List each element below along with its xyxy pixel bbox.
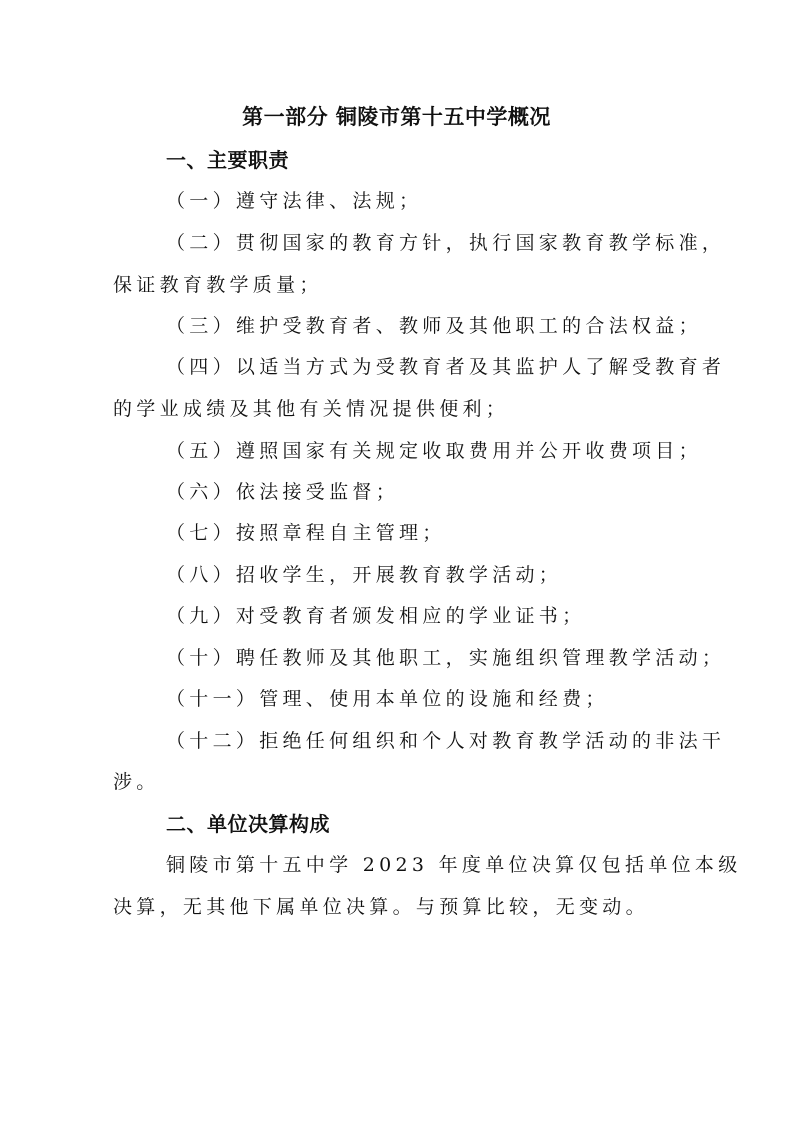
duty-item-10: （十）聘任教师及其他职工，实施组织管理教学活动； xyxy=(166,643,725,673)
duty-item-8: （八）招收学生，开展教育教学活动； xyxy=(166,560,562,590)
page-title: 第一部分 铜陵市第十五中学概况 xyxy=(0,102,793,132)
duty-item-12: （十二）拒绝任何组织和个人对教育教学活动的非法干 xyxy=(166,726,725,756)
section-heading-main-duties: 一、主要职责 xyxy=(166,145,289,175)
duty-item-2: （二）贯彻国家的教育方针，执行国家教育教学标准， xyxy=(166,228,725,258)
section-heading-unit-composition: 二、单位决算构成 xyxy=(166,809,330,839)
duty-item-5: （五）遵照国家有关规定收取费用并公开收费项目； xyxy=(166,436,702,466)
document-page: 第一部分 铜陵市第十五中学概况 一、主要职责 （一）遵守法律、法规； （二）贯彻… xyxy=(0,0,793,1122)
composition-paragraph-line-1: 铜陵市第十五中学 2023 年度单位决算仅包括单位本级 xyxy=(166,850,742,880)
duty-item-6: （六）依法接受监督； xyxy=(166,477,399,507)
duty-item-11: （十一）管理、使用本单位的设施和经费； xyxy=(166,684,609,714)
duty-item-4: （四）以适当方式为受教育者及其监护人了解受教育者 xyxy=(166,352,725,382)
duty-item-12-continued: 涉。 xyxy=(113,767,160,797)
duty-item-7: （七）按照章程自主管理； xyxy=(166,518,446,548)
duty-item-4-continued: 的学业成绩及其他有关情况提供便利； xyxy=(113,394,509,424)
duty-item-3: （三）维护受教育者、教师及其他职工的合法权益； xyxy=(166,311,702,341)
duty-item-1: （一）遵守法律、法规； xyxy=(166,186,422,216)
composition-paragraph-line-2: 决算，无其他下属单位决算。与预算比较，无变动。 xyxy=(113,892,649,922)
duty-item-9: （九）对受教育者颁发相应的学业证书； xyxy=(166,601,585,631)
duty-item-2-continued: 保证教育教学质量； xyxy=(113,270,323,300)
